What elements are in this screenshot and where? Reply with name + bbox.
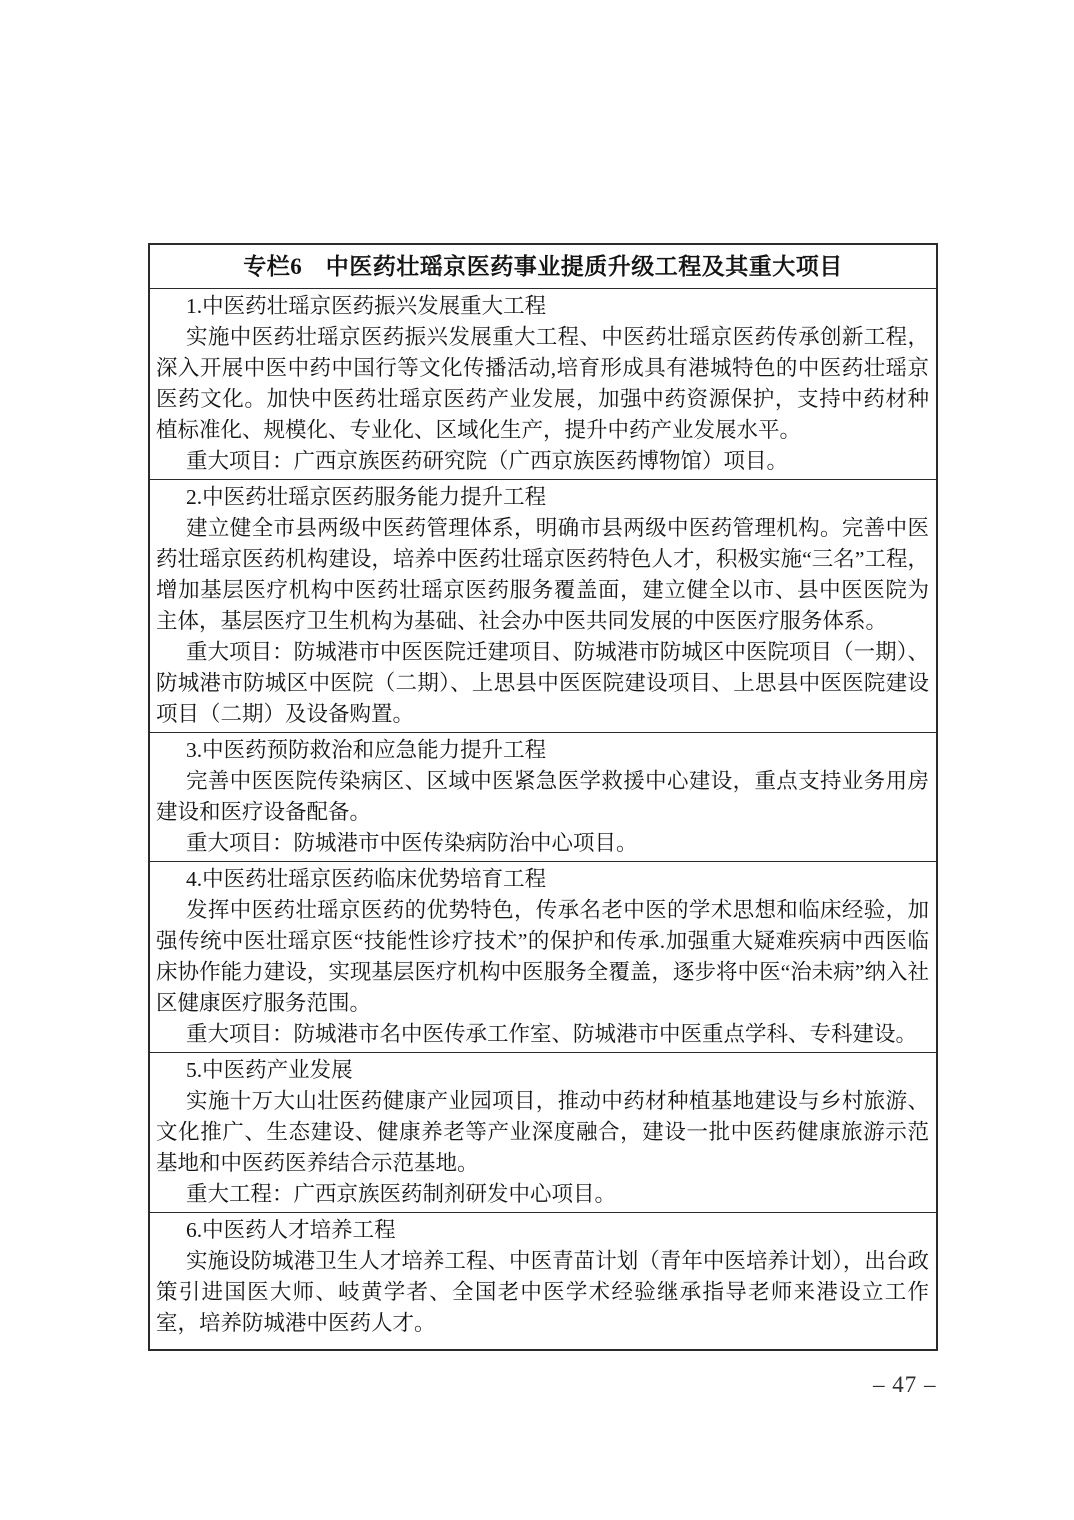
section-4: 4.中医药壮瑶京医药临床优势培育工程 发挥中医药壮瑶京医药的优势特色，传承名老中…	[150, 862, 936, 1053]
section-5-heading: 5.中医药产业发展	[156, 1055, 929, 1086]
section-1-heading: 1.中医药壮瑶京医药振兴发展重大工程	[156, 291, 929, 322]
section-2-body: 建立健全市县两级中医药管理体系，明确市县两级中医药管理机构。完善中医药壮瑶京医药…	[156, 513, 929, 637]
section-4-body: 发挥中医药壮瑶京医药的优势特色，传承名老中医的学术思想和临床经验，加强传统中医壮…	[156, 895, 929, 1019]
section-5-body: 实施十万大山壮医药健康产业园项目，推动中药材种植基地建设与乡村旅游、文化推广、生…	[156, 1086, 929, 1179]
section-3: 3.中医药预防救治和应急能力提升工程 完善中医医院传染病区、区域中医紧急医学救援…	[150, 733, 936, 862]
section-3-heading: 3.中医药预防救治和应急能力提升工程	[156, 735, 929, 766]
section-6-body: 实施设防城港卫生人才培养工程、中医青苗计划（青年中医培养计划），出台政策引进国医…	[156, 1246, 929, 1339]
section-1-body: 实施中医药壮瑶京医药振兴发展重大工程、中医药壮瑶京医药传承创新工程，深入开展中医…	[156, 322, 929, 446]
section-4-heading: 4.中医药壮瑶京医药临床优势培育工程	[156, 864, 929, 895]
section-4-projects: 重大项目：防城港市名中医传承工作室、防城港市中医重点学科、专科建设。	[156, 1019, 929, 1050]
section-5: 5.中医药产业发展 实施十万大山壮医药健康产业园项目，推动中药材种植基地建设与乡…	[150, 1053, 936, 1213]
section-6: 6.中医药人才培养工程 实施设防城港卫生人才培养工程、中医青苗计划（青年中医培养…	[150, 1213, 936, 1349]
document-page: 专栏6 中医药壮瑶京医药事业提质升级工程及其重大项目 1.中医药壮瑶京医药振兴发…	[0, 0, 1074, 1520]
panel-title: 专栏6 中医药壮瑶京医药事业提质升级工程及其重大项目	[150, 245, 936, 289]
section-2: 2.中医药壮瑶京医药服务能力提升工程 建立健全市县两级中医药管理体系，明确市县两…	[150, 480, 936, 733]
section-6-heading: 6.中医药人才培养工程	[156, 1215, 929, 1246]
section-3-body: 完善中医医院传染病区、区域中医紧急医学救援中心建设，重点支持业务用房建设和医疗设…	[156, 766, 929, 828]
section-2-heading: 2.中医药壮瑶京医药服务能力提升工程	[156, 482, 929, 513]
section-1-projects: 重大项目：广西京族医药研究院（广西京族医药博物馆）项目。	[156, 446, 929, 477]
page-number: – 47 –	[873, 1371, 937, 1399]
feature-column-box: 专栏6 中医药壮瑶京医药事业提质升级工程及其重大项目 1.中医药壮瑶京医药振兴发…	[148, 243, 938, 1351]
section-1: 1.中医药壮瑶京医药振兴发展重大工程 实施中医药壮瑶京医药振兴发展重大工程、中医…	[150, 289, 936, 480]
section-3-projects: 重大项目：防城港市中医传染病防治中心项目。	[156, 828, 929, 859]
section-5-projects: 重大工程：广西京族医药制剂研发中心项目。	[156, 1179, 929, 1210]
section-2-projects: 重大项目：防城港市中医医院迁建项目、防城港市防城区中医院项目（一期）、防城港市防…	[156, 637, 929, 730]
